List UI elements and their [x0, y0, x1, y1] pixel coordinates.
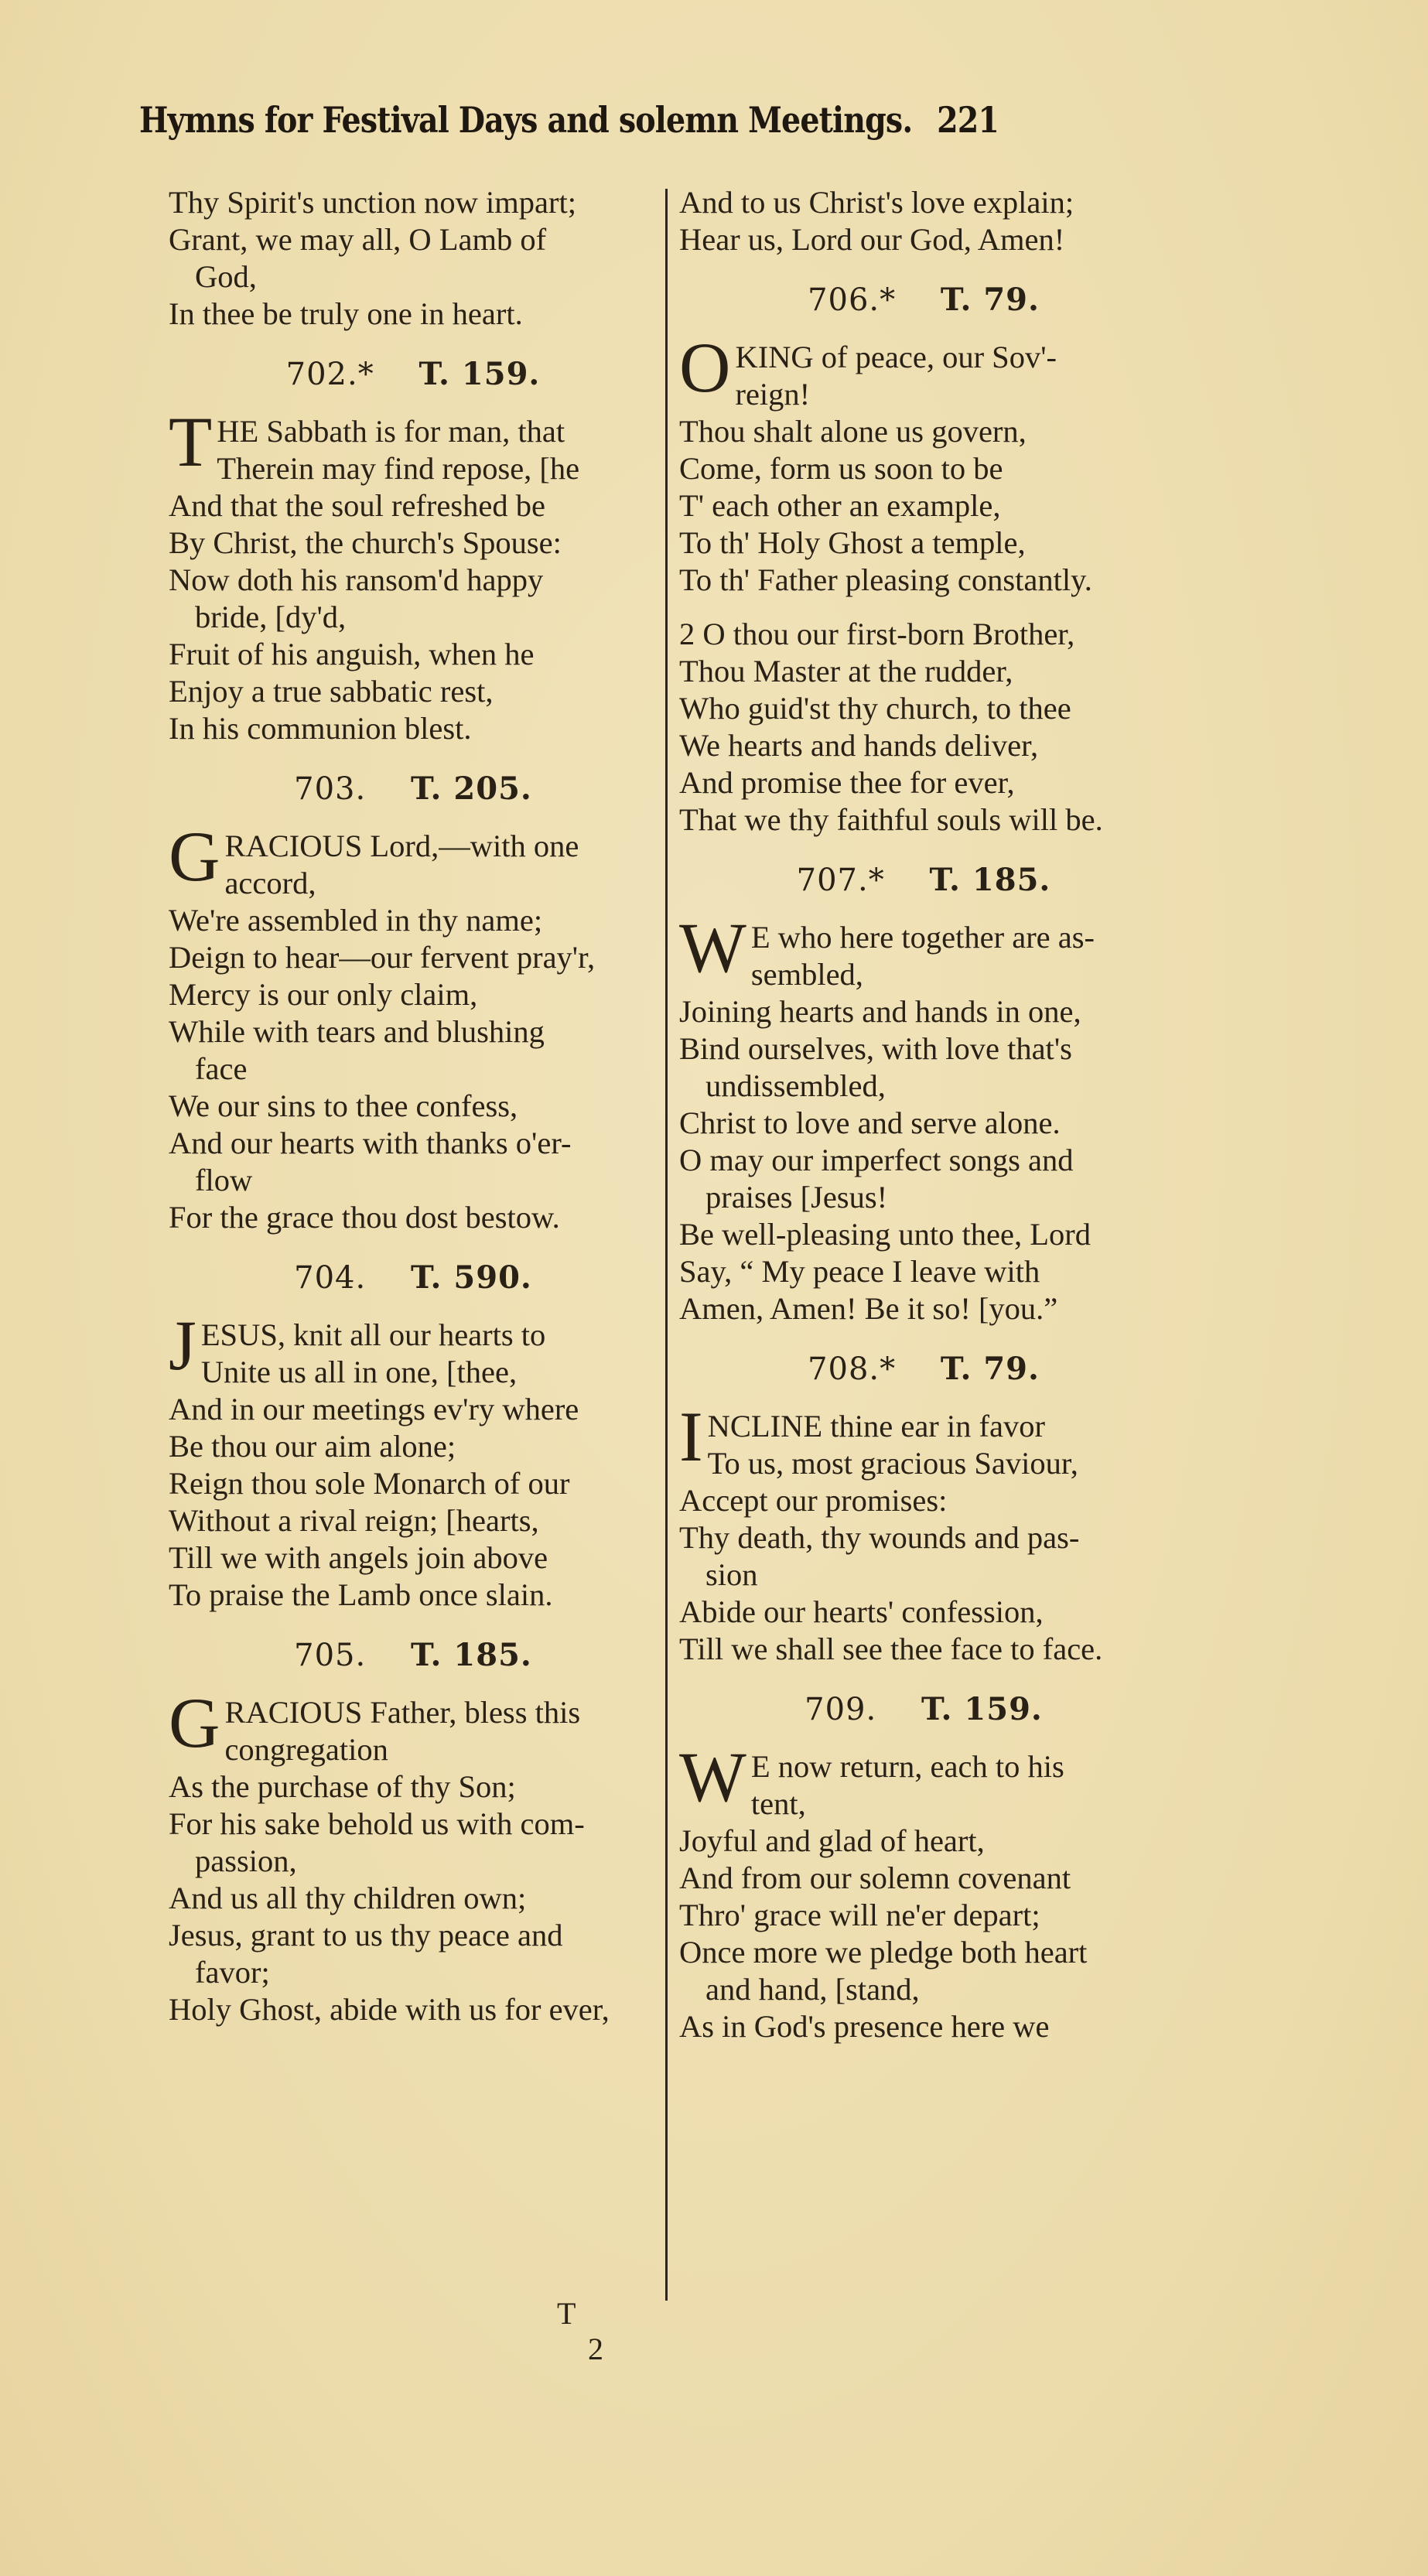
verse-line: As in God's presence here we — [679, 2008, 1168, 2045]
verse-line: praises [Jesus! — [679, 1179, 1168, 1216]
verse-line: RACIOUS Lord,—with one — [169, 828, 658, 865]
hymn-heading: 705. T. 185. — [169, 1637, 658, 1674]
verse-line: Be well-pleasing unto thee, Lord — [679, 1216, 1168, 1253]
hymn-703: 703. T. 205. G RACIOUS Lord,—with one ac… — [169, 770, 658, 1236]
verse-line: And our hearts with thanks o'er- — [169, 1125, 658, 1162]
verse-line: For the grace thou dost bestow. — [169, 1199, 658, 1236]
hymn-heading: 707.* T. 185. — [679, 862, 1168, 899]
verse-line: Once more we pledge both heart — [679, 1934, 1168, 1971]
running-header: Hymns for Festival Days and solemn Meeti… — [139, 99, 1017, 141]
verse-line: Till we with angels join above — [169, 1539, 658, 1577]
right-column: And to us Christ's love explain; Hear us… — [679, 184, 1315, 2045]
hymn-number: 707.* — [797, 863, 885, 898]
verse-line: Now doth his ransom'd happy — [169, 562, 658, 599]
verse-line: Thro' grace will ne'er depart; — [679, 1897, 1168, 1934]
verse-line: For his sake behold us with com- — [169, 1806, 658, 1843]
tune-number: T. 79. — [941, 282, 1040, 318]
hymn-707: 707.* T. 185. W E who here together are … — [679, 862, 1168, 1327]
verse-line: bride, [dy'd, — [169, 599, 658, 636]
verse-line: Joyful and glad of heart, — [679, 1823, 1168, 1860]
drop-cap: I — [679, 1409, 703, 1464]
hymn-number: 706.* — [808, 282, 896, 318]
column-divider — [665, 189, 668, 2301]
verse-line: Abide our hearts' confession, — [679, 1594, 1168, 1631]
hymn-705: 705. T. 185. G RACIOUS Father, bless thi… — [169, 1637, 658, 2028]
verse-line: E who here together are as- — [679, 919, 1168, 956]
verse-line: Joining hearts and hands in one, — [679, 993, 1168, 1030]
verse-line: That we thy faithful souls will be. — [679, 801, 1168, 839]
hymn-704: 704. T. 590. J ESUS, knit all our hearts… — [169, 1259, 658, 1614]
verse-line: congregation — [169, 1731, 658, 1768]
hymn-708: 708.* T. 79. I NCLINE thine ear in favor… — [679, 1351, 1168, 1668]
verse-line: Thou shalt alone us govern, — [679, 413, 1168, 450]
verse-line: We hearts and hands deliver, — [679, 727, 1168, 764]
verse-line: And in our meetings ev'ry where — [169, 1391, 658, 1428]
hymn-heading: 704. T. 590. — [169, 1259, 658, 1297]
verse-line: Grant, we may all, O Lamb of — [169, 221, 658, 258]
verse-line: RACIOUS Father, bless this — [169, 1694, 658, 1731]
verse-line: To th' Father pleasing constantly. — [679, 562, 1168, 599]
stanza-gap — [679, 599, 1168, 616]
hymn-number: 709. — [805, 1692, 876, 1727]
signature-mark: T 2 — [557, 2296, 603, 2367]
verse-line: sembled, — [679, 956, 1168, 993]
drop-cap: G — [169, 829, 220, 883]
verse-line: Bind ourselves, with love that's — [679, 1030, 1168, 1068]
verse-line: face — [169, 1051, 658, 1088]
verse-line: And that the soul refreshed be — [169, 487, 658, 524]
drop-cap: W — [679, 921, 746, 975]
verse-line: Fruit of his anguish, when he — [169, 636, 658, 673]
verse-line: flow — [169, 1162, 658, 1199]
verse-line: Without a rival reign; [hearts, — [169, 1502, 658, 1539]
verse-line: T' each other an example, — [679, 487, 1168, 524]
hymn-number: 704. — [294, 1260, 366, 1296]
verse-line: God, — [169, 258, 658, 296]
hymn-heading: 702.* T. 159. — [169, 356, 658, 393]
page-number: 221 — [937, 99, 999, 141]
verse-line: In thee be truly one in heart. — [169, 296, 658, 333]
tune-number: T. 159. — [418, 356, 540, 392]
verse-line: By Christ, the church's Spouse: — [169, 524, 658, 562]
verse-line: In his communion blest. — [169, 710, 658, 747]
verse-line: And from our solemn covenant — [679, 1860, 1168, 1897]
verse-line: passion, — [169, 1843, 658, 1880]
tune-number: T. 590. — [411, 1259, 532, 1296]
drop-cap: J — [169, 1318, 196, 1372]
tune-number: T. 79. — [941, 1351, 1040, 1387]
verse-line: Unite us all in one, [thee, — [169, 1354, 658, 1391]
verse-line: Enjoy a true sabbatic rest, — [169, 673, 658, 710]
verse-line: O may our imperfect songs and — [679, 1142, 1168, 1179]
tune-number: T. 185. — [929, 862, 1051, 898]
verse-line: NCLINE thine ear in favor — [679, 1408, 1168, 1445]
verse-line: HE Sabbath is for man, that — [169, 413, 658, 450]
verse-line: 2 O thou our first-born Brother, — [679, 616, 1168, 653]
verse-line: Thou Master at the rudder, — [679, 653, 1168, 690]
verse-line: Be thou our aim alone; — [169, 1428, 658, 1465]
signature-letter: T — [557, 2296, 576, 2331]
left-column: Thy Spirit's unction now impart; Grant, … — [169, 184, 658, 2028]
verse-line: KING of peace, our Sov'- — [679, 339, 1168, 376]
verse-line: ESUS, knit all our hearts to — [169, 1317, 658, 1354]
verse-line: Therein may find repose, [he — [169, 450, 658, 487]
verse-line: We our sins to thee confess, — [169, 1088, 658, 1125]
verse-line: Till we shall see thee face to face. — [679, 1631, 1168, 1668]
hymn-709: 709. T. 159. W E now return, each to his… — [679, 1691, 1168, 2045]
verse-line: tent, — [679, 1785, 1168, 1823]
verse-line: accord, — [169, 865, 658, 902]
verse-line: Holy Ghost, abide with us for ever, — [169, 1991, 658, 2028]
hymn-heading: 703. T. 205. — [169, 770, 658, 808]
hymn-702: 702.* T. 159. T HE Sabbath is for man, t… — [169, 356, 658, 747]
verse-line: and hand, [stand, — [679, 1971, 1168, 2008]
verse-line: To th' Holy Ghost a temple, — [679, 524, 1168, 562]
hymn-number: 702.* — [286, 357, 374, 392]
verse-line: Accept our promises: — [679, 1482, 1168, 1519]
signature-number: 2 — [588, 2332, 603, 2367]
hymn-706: 706.* T. 79. O KING of peace, our Sov'- … — [679, 282, 1168, 839]
verse-line: Jesus, grant to us thy peace and — [169, 1917, 658, 1954]
verse-line: Christ to love and serve alone. — [679, 1105, 1168, 1142]
verse-line: Deign to hear—our fervent pray'r, — [169, 939, 658, 976]
verse-line: Who guid'st thy church, to thee — [679, 690, 1168, 727]
verse-line: reign! — [679, 376, 1168, 413]
verse-line: Reign thou sole Monarch of our — [169, 1465, 658, 1502]
hymn-heading: 709. T. 159. — [679, 1691, 1168, 1728]
hymn-heading: 706.* T. 79. — [679, 282, 1168, 319]
hymn-heading: 708.* T. 79. — [679, 1351, 1168, 1388]
continuation-verse: Thy Spirit's unction now impart; Grant, … — [169, 184, 658, 333]
hymn-number: 705. — [294, 1638, 366, 1673]
verse-line: Thy death, thy wounds and pas- — [679, 1519, 1168, 1556]
verse-line: We're assembled in thy name; — [169, 902, 658, 939]
verse-line: Amen, Amen! Be it so! [you.” — [679, 1290, 1168, 1327]
verse-line: To us, most gracious Saviour, — [679, 1445, 1168, 1482]
verse-line: And promise thee for ever, — [679, 764, 1168, 801]
verse-line: Mercy is our only claim, — [169, 976, 658, 1013]
drop-cap: O — [679, 340, 730, 395]
tune-number: T. 159. — [921, 1691, 1043, 1727]
verse-line: Thy Spirit's unction now impart; — [169, 184, 658, 221]
verse-line: undissembled, — [679, 1068, 1168, 1105]
hymn-number: 703. — [294, 771, 366, 807]
tune-number: T. 205. — [411, 770, 532, 807]
verse-line: E now return, each to his — [679, 1748, 1168, 1785]
verse-line: And us all thy children own; — [169, 1880, 658, 1917]
verse-line: sion — [679, 1556, 1168, 1594]
hymn-number: 708.* — [808, 1351, 896, 1387]
tune-number: T. 185. — [411, 1637, 532, 1673]
drop-cap: W — [679, 1750, 746, 1804]
verse-line: favor; — [169, 1954, 658, 1991]
verse-line: And to us Christ's love explain; — [679, 184, 1168, 221]
verse-line: Come, form us soon to be — [679, 450, 1168, 487]
drop-cap: G — [169, 1696, 220, 1750]
verse-line: To praise the Lamb once slain. — [169, 1577, 658, 1614]
verse-line: Say, “ My peace I leave with — [679, 1253, 1168, 1290]
verse-line: Hear us, Lord our God, Amen! — [679, 221, 1168, 258]
verse-line: While with tears and blushing — [169, 1013, 658, 1051]
verse-line: As the purchase of thy Son; — [169, 1768, 658, 1806]
drop-cap: T — [169, 415, 212, 469]
continuation-verse: And to us Christ's love explain; Hear us… — [679, 184, 1168, 258]
running-title: Hymns for Festival Days and solemn Meeti… — [139, 99, 912, 141]
